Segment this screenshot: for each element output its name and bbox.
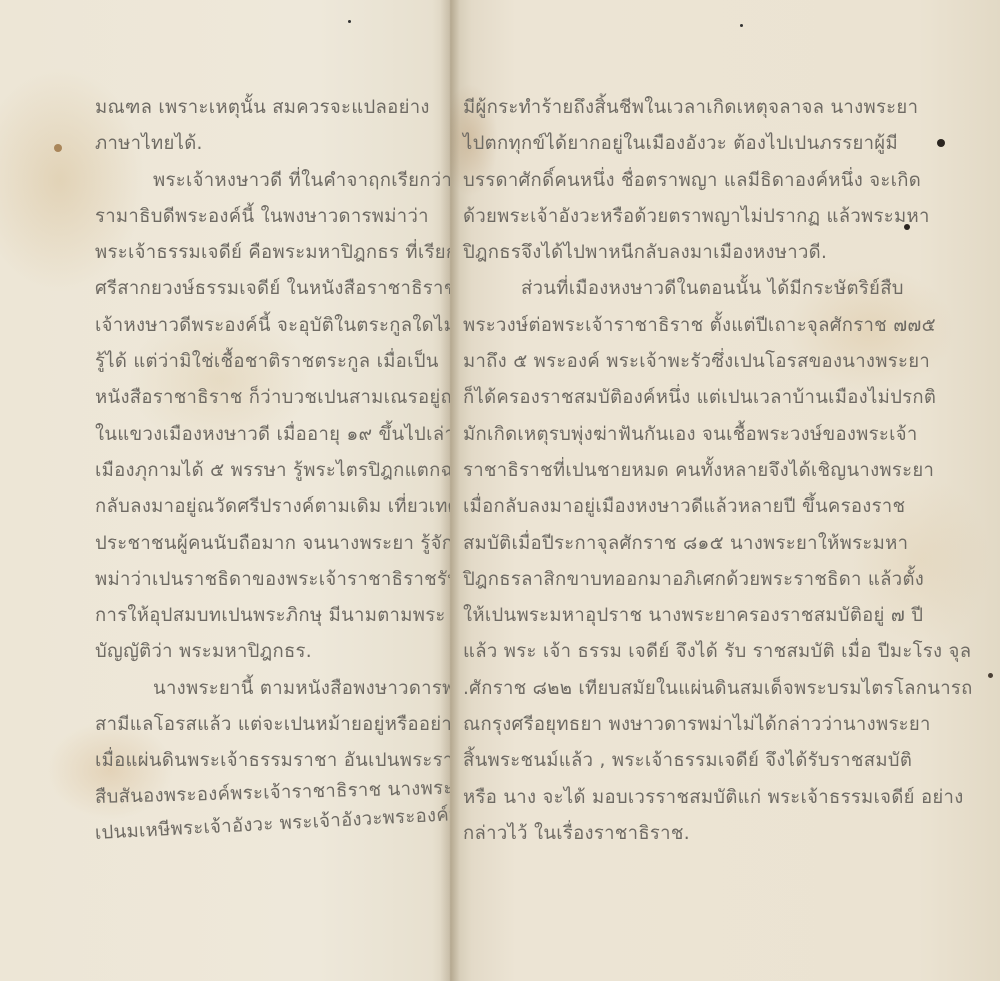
text-line: ปิฎกธรจึงได้ไปพาหนีกลับลงมาเมืองหงษาวดี. — [463, 235, 933, 271]
text-line: แล้ว พระ เจ้า ธรรม เจดีย์ จึงได้ รับ ราช… — [463, 634, 933, 670]
text-line: ประชาชนผู้คนนับถือมาก จนนางพระยา รู้จัก — [95, 526, 450, 562]
text-line: หนังสือราชาธิราช ก็ว่าบวชเปนสามเณรอยู่ณว… — [95, 380, 450, 416]
paper-spot — [740, 24, 743, 27]
text-line: หรือ นาง จะได้ มอบเวรราชสมบัติแก่ พระเจ้… — [463, 780, 933, 816]
text-line: พม่าว่าเปนราชธิดาของพระเจ้าราชาธิราชรับอ… — [95, 562, 450, 598]
paper-spot — [988, 673, 993, 678]
text-line: ราชาธิราชที่เปนชายหมด คนทั้งหลายจึงได้เช… — [463, 453, 933, 489]
text-line: รู้ได้ แต่ว่ามิใช่เชื้อชาติราชตระกูล เมื… — [95, 344, 450, 380]
left-page-text: มณฑล เพราะเหตุนั้น สมควรจะแปลอย่าง ภาษาไ… — [95, 90, 450, 852]
text-line: ภาษาไทยได้. — [95, 126, 450, 162]
text-line: สิ้นพระชนม์แล้ว , พระเจ้าธรรมเจดีย์ จึงไ… — [463, 743, 933, 779]
text-line: มณฑล เพราะเหตุนั้น สมควรจะแปลอย่าง — [95, 90, 450, 126]
text-line: ด้วยพระเจ้าอังวะหรือด้วยตราพญาไม่ปรากฏ แ… — [463, 199, 933, 235]
paper-spot — [937, 139, 945, 147]
text-line: บัญญัติว่า พระมหาปิฎกธร. — [95, 634, 450, 670]
text-line: รามาธิบดีพระองค์นี้ ในพงษาวดารพม่าว่า — [95, 199, 450, 235]
text-line: กลับลงมาอยู่ณวัดศรีปรางค์ตามเดิม เที่ยวเ… — [95, 489, 450, 525]
text-line: ณกรุงศรีอยุทธยา พงษาวดารพม่าไม่ได้กล่าวว… — [463, 707, 933, 743]
paper-spot — [348, 20, 351, 23]
text-line: บรรดาศักดิ์คนหนึ่ง ชื่อตราพญา แลมีธิดาอง… — [463, 163, 933, 199]
right-page-text: มีผู้กระทำร้ายถึงสิ้นชีพในเวลาเกิดเหตุจล… — [463, 90, 933, 852]
text-line: เจ้าหงษาวดีพระองค์นี้ จะอุบัติในตระกูลใด… — [95, 308, 450, 344]
book-spread: มณฑล เพราะเหตุนั้น สมควรจะแปลอย่าง ภาษาไ… — [0, 0, 1000, 981]
text-line: นางพระยานี้ ตามหนังสือพงษาวดารพม่า — [95, 671, 450, 707]
text-line: การให้อุปสมบทเปนพระภิกษุ มีนามตามพระ — [95, 598, 450, 634]
text-line: ไปตกทุกข์ได้ยากอยู่ในเมืองอังวะ ต้องไปเป… — [463, 126, 933, 162]
paper-spot — [54, 144, 62, 152]
text-line: ก็ได้ครองราชสมบัติองค์หนึ่ง แต่เปนเวลาบ้… — [463, 380, 933, 416]
text-line: สมบัติเมื่อปีระกาจุลศักราช ๘๑๕ นางพระยาใ… — [463, 526, 933, 562]
text-line: เมื่อกลับลงมาอยู่เมืองหงษาวดีแล้วหลายปี … — [463, 489, 933, 525]
text-line: .ศักราช ๘๒๒ เทียบสมัยในแผ่นดินสมเด็จพระบ… — [463, 671, 933, 707]
text-line: พระเจ้าหงษาวดี ที่ในคำจาฤกเรียกว่า — [95, 163, 450, 199]
text-line: กล่าวไว้ ในเรื่องราชาธิราช. — [463, 816, 933, 852]
text-line: ปิฎกธรลาสิกขาบทออกมาอภิเศกด้วยพระราชธิดา… — [463, 562, 933, 598]
text-line: ศรีสากยวงษ์ธรรมเจดีย์ ในหนังสือราชาธิราช… — [95, 271, 450, 307]
text-line: ส่วนที่เมืองหงษาวดีในตอนนั้น ได้มีกระษัต… — [463, 271, 933, 307]
text-line: พระเจ้าธรรมเจดีย์ คือพระมหาปิฎกธร ที่เรี… — [95, 235, 450, 271]
text-line: ในแขวงเมืองหงษาวดี เมื่ออายุ ๑๙ ขึ้นไปเล… — [95, 417, 450, 453]
text-line: เมืองภุกามได้ ๕ พรรษา รู้พระไตรปิฎกแตกฉา… — [95, 453, 450, 489]
text-line: มีผู้กระทำร้ายถึงสิ้นชีพในเวลาเกิดเหตุจล… — [463, 90, 933, 126]
text-line: พระวงษ์ต่อพระเจ้าราชาธิราช ตั้งแต่ปีเถาะ… — [463, 308, 933, 344]
text-line: ให้เปนพระมหาอุปราช นางพระยาครองราชสมบัติ… — [463, 598, 933, 634]
text-line: สามีแลโอรสแล้ว แต่จะเปนหม้ายอยู่หรืออย่า… — [95, 707, 450, 743]
text-line: มักเกิดเหตุรบพุ่งฆ่าฟันกันเอง จนเชื้อพระ… — [463, 417, 933, 453]
text-line: มาถึง ๕ พระองค์ พระเจ้าพะรัวซึ่งเปนโอรสข… — [463, 344, 933, 380]
